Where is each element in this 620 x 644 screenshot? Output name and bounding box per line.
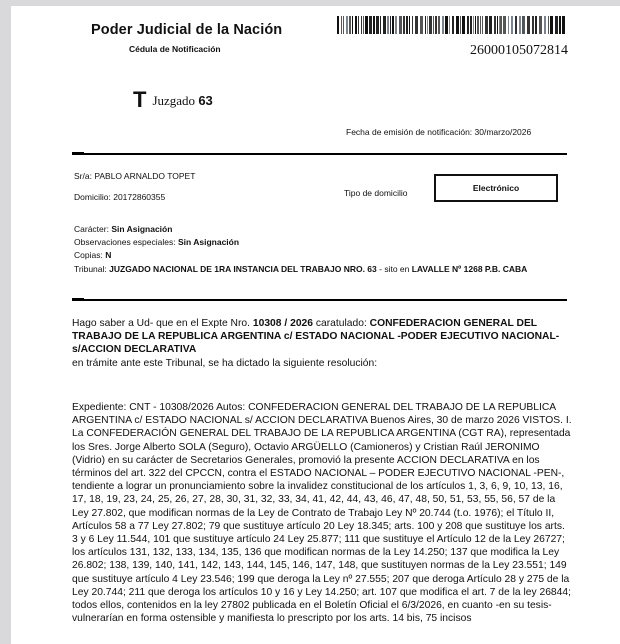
domicilio-label: Domicilio: bbox=[74, 192, 111, 202]
notice-caratulado: caratulado: bbox=[313, 318, 370, 329]
observaciones-label: Observaciones especiales: bbox=[74, 237, 176, 247]
tipo-domicilio-box: Electrónico bbox=[434, 174, 558, 202]
recipient-domicilio: Domicilio: 20172860355 bbox=[74, 192, 165, 202]
observaciones-field: Observaciones especiales: Sin Asignación bbox=[74, 237, 239, 247]
juzgado-label: Juzgado bbox=[152, 93, 195, 108]
divider bbox=[72, 153, 567, 155]
emission-date-label: Fecha de emisión de notificación: bbox=[346, 127, 472, 137]
tribunal-label: Tribunal: bbox=[74, 264, 107, 274]
barcode-number: 26000105072814 bbox=[470, 43, 568, 59]
caracter-value: Sin Asignación bbox=[111, 224, 172, 234]
tipo-domicilio-value: Electrónico bbox=[473, 183, 519, 193]
emission-date-value: 30/marzo/2026 bbox=[475, 127, 532, 137]
document-title: Poder Judicial de la Nación bbox=[91, 22, 282, 38]
tribunal-sito: - sito en bbox=[377, 264, 412, 274]
juzgado-letter: T bbox=[133, 87, 146, 112]
expediente-number: 10308 / 2026 bbox=[253, 318, 313, 329]
emission-date: Fecha de emisión de notificación: 30/mar… bbox=[346, 127, 531, 137]
document-page: Poder Judicial de la Nación Cédula de No… bbox=[11, 6, 620, 644]
tribunal-value: JUZGADO NACIONAL DE 1RA INSTANCIA DEL TR… bbox=[109, 264, 377, 274]
tribunal-address: LAVALLE Nº 1268 P.B. CABA bbox=[412, 264, 528, 274]
divider bbox=[72, 299, 567, 301]
observaciones-value: Sin Asignación bbox=[178, 237, 239, 247]
caracter-field: Carácter: Sin Asignación bbox=[74, 224, 172, 234]
notice-paragraph: Hago saber a Ud- que en el Expte Nro. 10… bbox=[72, 317, 572, 370]
juzgado-heading: TJuzgado 63 bbox=[133, 87, 213, 113]
tribunal-field: Tribunal: JUZGADO NACIONAL DE 1RA INSTAN… bbox=[74, 263, 564, 276]
resolution-text: Expediente: CNT - 10308/2026 Autos: CONF… bbox=[72, 401, 572, 625]
notice-intro: Hago saber a Ud- que en el Expte Nro. bbox=[72, 318, 253, 329]
notice-tramite: en trámite ante este Tribunal, se ha dic… bbox=[72, 358, 377, 369]
barcode-image bbox=[337, 16, 567, 34]
recipient-name: Sr/a: PABLO ARNALDO TOPET bbox=[74, 171, 195, 181]
copias-label: Copias: bbox=[74, 250, 103, 260]
document-subtitle: Cédula de Notificación bbox=[129, 44, 221, 54]
juzgado-number: 63 bbox=[198, 93, 212, 108]
recipient-name-value: PABLO ARNALDO TOPET bbox=[94, 171, 195, 181]
tipo-domicilio-label: Tipo de domicilio bbox=[344, 188, 407, 198]
copias-field: Copias: N bbox=[74, 250, 111, 260]
recipient-name-label: Sr/a: bbox=[74, 171, 92, 181]
domicilio-value: 20172860355 bbox=[113, 192, 165, 202]
copias-value: N bbox=[105, 250, 111, 260]
caracter-label: Carácter: bbox=[74, 224, 109, 234]
